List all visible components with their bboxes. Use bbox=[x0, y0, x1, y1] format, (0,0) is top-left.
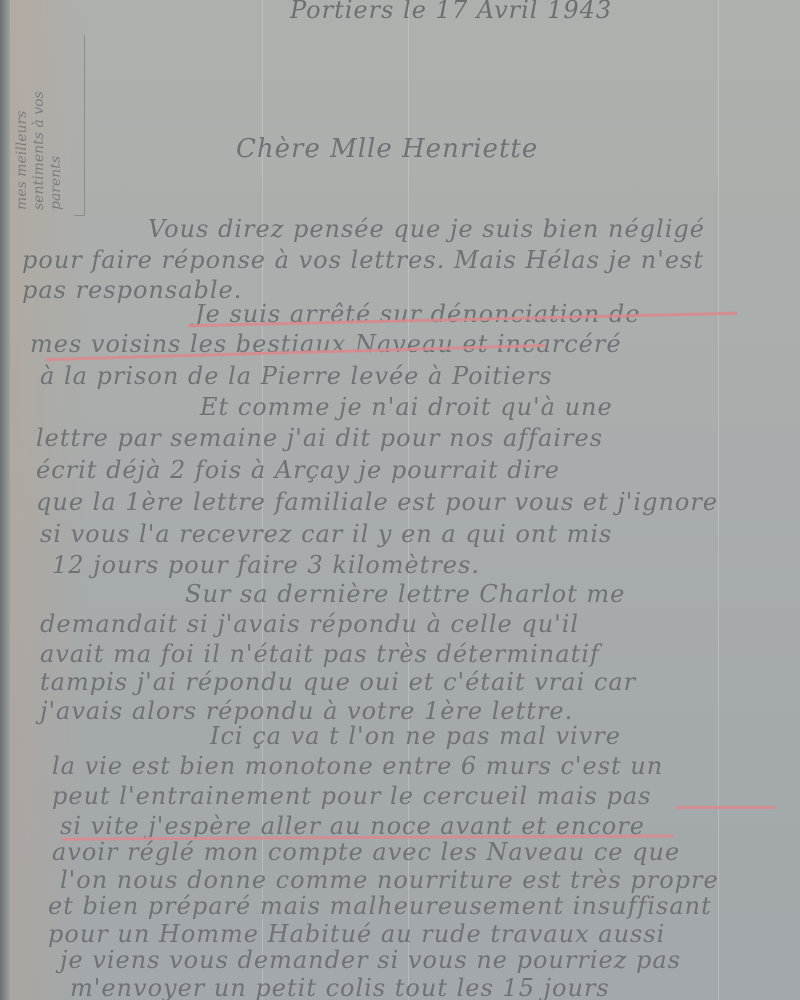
letter-line: écrit déjà 2 fois à Arçay je pourrait di… bbox=[36, 456, 560, 484]
letter-line: m'envoyer un petit colis tout les 15 jou… bbox=[70, 974, 610, 1000]
margin-note: mes meilleurs sentiments à vos parents bbox=[14, 20, 65, 210]
letter-line: avoir réglé mon compte avec les Naveau c… bbox=[52, 838, 680, 866]
letter-line: que la 1ère lettre familiale est pour vo… bbox=[36, 488, 718, 516]
margin-note-line: parents bbox=[48, 20, 65, 210]
letter-page: Portiers le 17 Avril 1943 mes meilleurs … bbox=[0, 0, 800, 1000]
letter-line: je viens vous demander si vous ne pourri… bbox=[60, 946, 681, 974]
red-underline bbox=[676, 806, 776, 809]
letter-line: pour faire réponse à vos lettres. Mais H… bbox=[22, 246, 704, 274]
letter-line: demandait si j'avais répondu à celle qu'… bbox=[40, 610, 579, 638]
letter-line: tampis j'ai répondu que oui et c'était v… bbox=[40, 668, 636, 696]
letter-line: lettre par semaine j'ai dit pour nos aff… bbox=[36, 424, 603, 452]
letter-line: Et comme je n'ai droit qu'à une bbox=[200, 393, 613, 421]
letter-line: avait ma foi il n'était pas très détermi… bbox=[40, 640, 600, 668]
letter-line: si vous l'a recevrez car il y en a qui o… bbox=[40, 520, 612, 548]
letter-line: à la prison de la Pierre levée à Poitier… bbox=[40, 362, 553, 390]
letter-line: la vie est bien monotone entre 6 murs c'… bbox=[52, 752, 663, 780]
paper-edge-shadow bbox=[0, 0, 10, 1000]
letter-line: et bien préparé mais malheureusement ins… bbox=[48, 892, 712, 920]
letter-line: Sur sa dernière lettre Charlot me bbox=[185, 580, 625, 608]
letter-line: peut l'entrainement pour le cercueil mai… bbox=[52, 782, 651, 810]
letter-line: 12 jours pour faire 3 kilomètres. bbox=[52, 551, 480, 579]
letter-line: pour un Homme Habitué au rude travaux au… bbox=[48, 920, 665, 948]
margin-note-line: mes meilleurs bbox=[14, 20, 31, 210]
letter-line: Ici ça va t l'on ne pas mal vivre bbox=[210, 722, 621, 750]
letter-line: Vous direz pensée que je suis bien négli… bbox=[148, 215, 705, 243]
margin-note-line: sentiments à vos bbox=[31, 20, 48, 210]
date-line: Portiers le 17 Avril 1943 bbox=[290, 0, 612, 24]
letter-line: l'on nous donne comme nourriture est trè… bbox=[60, 866, 719, 894]
salutation: Chère Mlle Henriette bbox=[236, 134, 538, 164]
paper-fold-line bbox=[718, 0, 719, 1000]
margin-note-bracket bbox=[74, 35, 85, 216]
letter-line: j'avais alors répondu à votre 1ère lettr… bbox=[40, 697, 573, 725]
